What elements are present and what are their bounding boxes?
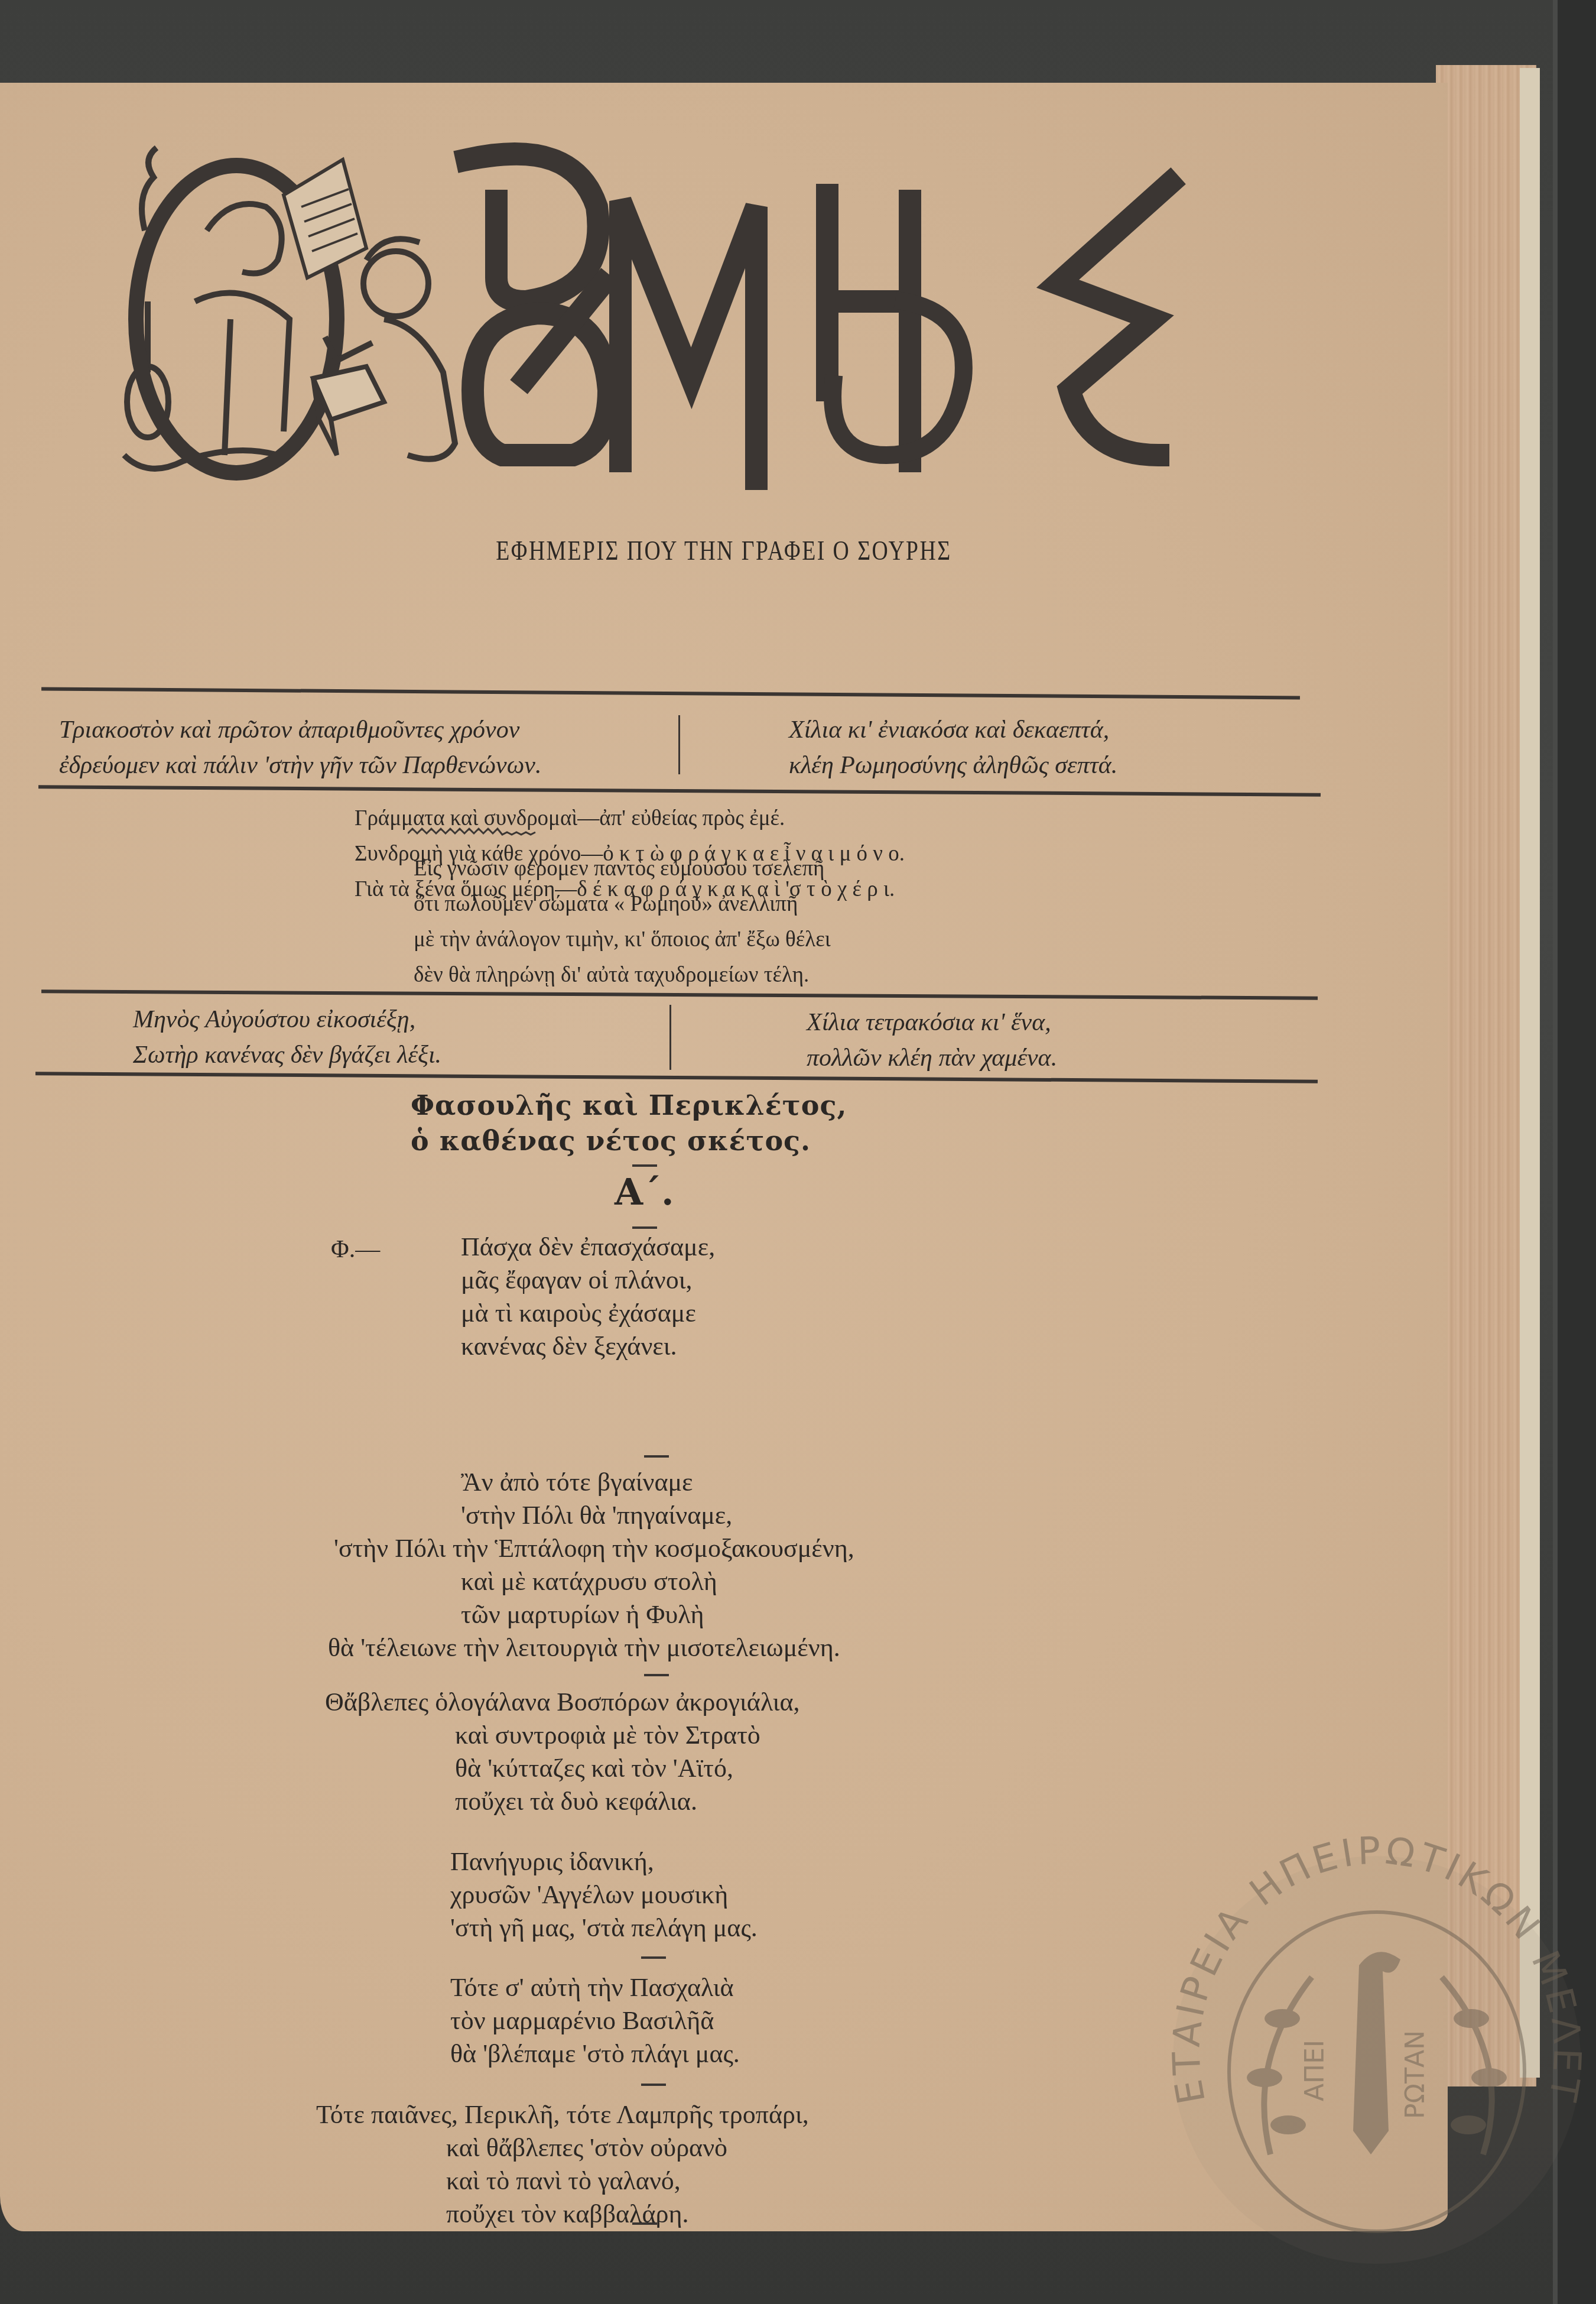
section-number: Α΄. xyxy=(615,1170,674,1213)
header-top-right-line: Χίλια κι' ἐνιακόσα καὶ δεκαεπτά, xyxy=(789,712,1117,748)
date-box-right-line: πολλῶν κλέη πὰν χαμένα. xyxy=(807,1040,1057,1076)
verse-line: Θἄβλεπες ὁλογάλανα Βοσπόρων ἀκρογιάλια, xyxy=(325,1686,800,1719)
verse-line: μὰ τὶ καιροὺς ἐχάσαμε xyxy=(461,1297,715,1330)
verse-line: 'στὴν Πόλι τὴν Ἑπτάλοφη τὴν κοσμοξακουσμ… xyxy=(328,1532,854,1565)
page-edge-flyleaf xyxy=(1520,68,1540,2078)
verse-line: τῶν μαρτυρίων ἡ Φυλὴ xyxy=(328,1598,854,1631)
speaker-label: Φ.— xyxy=(331,1235,380,1264)
notice-line: δὲν θὰ πληρώνῃ δι' αὐτὰ ταχυδρομείων τέλ… xyxy=(414,958,831,993)
library-stamp-icon: ΕΤΑΙΡΕΙΑ ΗΠΕΙΡΩΤΙΚΩΝ ΜΕΛΕΤΩΝ ΑΠΕΙ ΡΩΤΑΝ xyxy=(1164,1823,1590,2273)
verse-line: θὰ 'κύτταζες καὶ τὸν 'Αϊτό, xyxy=(325,1752,800,1785)
verse-line: καὶ συντροφιὰ μὲ τὸν Στρατὸ xyxy=(325,1719,800,1752)
header-top-left: Τριακοστὸν καὶ πρῶτον ἀπαριθμοῦντες χρόν… xyxy=(59,712,541,783)
verse-line: Τότε παιᾶνες, Περικλῆ, τότε Λαμπρῆς τροπ… xyxy=(316,2098,809,2131)
verse-line: θὰ 'βλέπαμε 'στὸ πλάγι μας. xyxy=(450,2037,740,2071)
date-box-left-line: Σωτὴρ κανένας δὲν βγάζει λέξι. xyxy=(133,1037,441,1073)
verse-line: καὶ θἄβλεπες 'στὸν οὐρανὸ xyxy=(316,2131,809,2165)
header-top-right: Χίλια κι' ἐνιακόσα καὶ δεκαεπτά, κλέη Ρω… xyxy=(789,712,1117,783)
stanza-dash xyxy=(641,2084,666,2086)
date-box-right: Χίλια τετρακόσια κι' ἕνα, πολλῶν κλέη πὰ… xyxy=(807,1005,1057,1076)
stamp-inner-right: ΡΩΤΑΝ xyxy=(1400,2030,1431,2119)
sales-notice: Εἰς γνῶσιν φέρομεν παντὸς εὐμούσου τσελε… xyxy=(414,851,831,993)
header-bottom-rule xyxy=(38,785,1321,796)
stanza-dash xyxy=(632,2222,657,2225)
verse-line: τὸν μαρμαρένιο Βασιλῆᾶ xyxy=(450,2004,740,2037)
section-dash-top xyxy=(632,1164,657,1167)
header-top-left-line: ἐδρεύομεν καὶ πάλιν 'στὴν γῆν τῶν Παρθεν… xyxy=(59,748,541,783)
masthead xyxy=(89,124,1288,491)
verse-line: καὶ μὲ κατάχρυσυ στολὴ xyxy=(328,1565,854,1598)
stanza-1: Πάσχα δὲν ἐπασχάσαμε, μᾶς ἔφαγαν οἱ πλάν… xyxy=(461,1231,715,1363)
verse-line: 'στὴ γῆ μας, 'στὰ πελάγη μας. xyxy=(450,1912,758,1945)
top-rule xyxy=(41,687,1300,700)
verse-line: ποὔχει τὸν καββαλάρη. xyxy=(316,2198,809,2231)
verse-line: Τότε σ' αὐτὴ τὴν Πασχαλιὰ xyxy=(450,1971,740,2004)
verse-line: χρυσῶν 'Αγγέλων μουσικὴ xyxy=(450,1878,758,1912)
verse-line: 'στὴν Πόλι θὰ 'πηγαίναμε, xyxy=(328,1499,854,1532)
stanza-dash xyxy=(644,1674,669,1676)
header-top-left-line: Τριακοστὸν καὶ πρῶτον ἀπαριθμοῦντες χρόν… xyxy=(59,712,541,748)
date-box-left-line: Μηνὸς Αὐγούστου εἰκοσιέξῃ, xyxy=(133,1002,441,1037)
stanza-3: Θἄβλεπες ὁλογάλανα Βοσπόρων ἀκρογιάλια, … xyxy=(325,1686,800,1818)
verse-line: μᾶς ἔφαγαν οἱ πλάνοι, xyxy=(461,1264,715,1297)
stanza-dash xyxy=(644,1455,669,1458)
verse-line: καὶ τὸ πανὶ τὸ γαλανό, xyxy=(316,2165,809,2198)
stanza-5: Τότε σ' αὐτὴ τὴν Πασχαλιὰ τὸν μαρμαρένιο… xyxy=(450,1971,740,2071)
header-top-right-line: κλέη Ρωμηοσύνης ἀληθῶς σεπτά. xyxy=(789,748,1117,783)
masthead-illustration-icon xyxy=(89,124,1288,491)
header-top-divider xyxy=(678,715,680,774)
stamp-inner-left: ΑΠΕΙ xyxy=(1300,2040,1330,2101)
stanza-dash xyxy=(641,1956,666,1959)
stanza-4: Πανήγυρις ἰδανική, χρυσῶν 'Αγγέλων μουσι… xyxy=(450,1845,758,1945)
verse-line: κανένας δὲν ξεχάνει. xyxy=(461,1330,715,1363)
date-box-divider xyxy=(669,1005,671,1070)
stanza-2: Ἂν ἀπὸ τότε βγαίναμε 'στὴν Πόλι θὰ 'πηγα… xyxy=(328,1466,854,1664)
date-box-left: Μηνὸς Αὐγούστου εἰκοσιέξῃ, Σωτὴρ κανένας… xyxy=(133,1002,441,1073)
article-title: Φασουλῆς καὶ Περικλέτος, ὁ καθένας νέτος… xyxy=(411,1088,847,1159)
article-title-line: Φασουλῆς καὶ Περικλέτος, xyxy=(411,1088,847,1123)
verse-line: ποὔχει τὰ δυὸ κεφάλια. xyxy=(325,1785,800,1818)
section-dash-bottom xyxy=(632,1226,657,1229)
date-box-bottom-rule xyxy=(35,1072,1318,1083)
article-title-line: ὁ καθένας νέτος σκέτος. xyxy=(411,1123,847,1159)
stanza-6: Τότε παιᾶνες, Περικλῆ, τότε Λαμπρῆς τροπ… xyxy=(316,2098,809,2231)
notice-line: ὅτι πωλοῦμεν σώματα « Ρωμηοῦ» ἀνελλιπῆ xyxy=(414,887,831,922)
date-box-right-line: Χίλια τετρακόσια κι' ἕνα, xyxy=(807,1005,1057,1040)
verse-line: θὰ 'τέλειωνε τὴν λειτουργιὰ τὴν μισοτελε… xyxy=(328,1631,854,1664)
verse-line: Πάσχα δὲν ἐπασχάσαμε, xyxy=(461,1231,715,1264)
notice-line: Εἰς γνῶσιν φέρομεν παντὸς εὐμούσου τσελε… xyxy=(414,851,831,887)
masthead-subtitle: ΕΦΗΜΕΡΙΣ ΠΟΥ ΤΗΝ ΓΡΑΦΕΙ Ο ΣΟΥΡΗΣ xyxy=(131,535,1318,566)
verse-line: Πανήγυρις ἰδανική, xyxy=(450,1845,758,1878)
verse-line: Ἂν ἀπὸ τότε βγαίναμε xyxy=(328,1466,854,1499)
notice-line: μὲ τὴν ἀνάλογον τιμὴν, κι' ὅποιος ἀπ' ἔξ… xyxy=(414,922,831,958)
wavy-separator-icon xyxy=(408,826,555,841)
